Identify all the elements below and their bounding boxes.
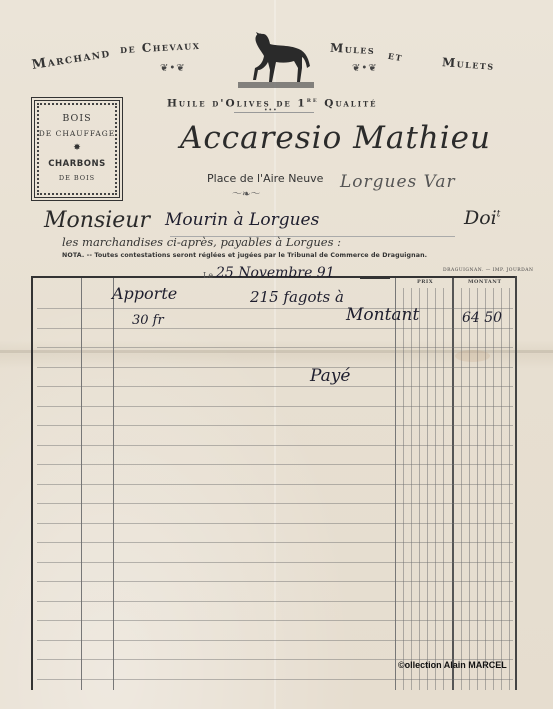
total-amount: 64 50	[462, 310, 502, 326]
trade-et: et	[387, 49, 404, 64]
montant-fine-rule	[501, 288, 502, 690]
ledger-row-rule	[37, 581, 513, 582]
box-de-bois: DE BOIS	[35, 174, 119, 182]
prix-fine-rule	[427, 288, 428, 690]
ledger-left-border	[31, 276, 33, 690]
box-charbons: CHARBONS	[35, 159, 119, 169]
ornament-right: ❦•❦	[352, 63, 378, 74]
entry-description: Apporte	[112, 284, 177, 303]
entry-unit-price: 30 fr	[132, 313, 164, 328]
ledger-row-rule	[37, 386, 513, 387]
ledger-row-rule	[37, 679, 513, 680]
invoice-document: Marchand de Chevaux ❦•❦ Mules et Mulets …	[0, 0, 553, 709]
doit-sup: t	[497, 210, 501, 220]
trade-de-chevaux: de Chevaux	[120, 38, 201, 56]
box-chauffage: DE CHAUFFAGE	[35, 129, 119, 138]
star-ornament-icon: ✸	[35, 143, 119, 153]
ledger-row-rule	[37, 425, 513, 426]
olive-oil-quality: Qualité	[319, 98, 378, 110]
date-prefix: Le	[203, 271, 213, 280]
doit-text: Doi	[464, 207, 497, 229]
ledger-right-border	[515, 276, 517, 690]
montant-fine-rule	[461, 288, 462, 690]
flourish-ornament-icon: 〜❧〜	[232, 185, 260, 200]
paid-mark: Payé	[310, 366, 350, 386]
prix-fine-rule	[411, 288, 412, 690]
printer-imprint: DRAGUIGNAN. — IMP. JOURDAN	[443, 268, 533, 273]
column-header-prix: PRIX	[417, 279, 433, 285]
nota-clause: NOTA. -- Toutes contestations seront rég…	[62, 252, 427, 259]
montant-fine-rule	[493, 288, 494, 690]
ledger-row-rule	[37, 640, 513, 641]
merchant-town: Lorgues Var	[340, 172, 456, 192]
ornament-left: ❦•❦	[160, 63, 186, 74]
montant-fine-rule	[509, 288, 510, 690]
entry-detail: 215 fagots à	[250, 288, 344, 306]
ledger-row-rule	[37, 523, 513, 524]
trade-mules: Mules	[330, 41, 376, 57]
date-dash	[360, 278, 390, 279]
client-name-handwritten: Mourin à Lorgues	[165, 210, 319, 230]
merchant-name: Accaresio Mathieu	[180, 120, 491, 156]
ledger-row-rule	[37, 328, 513, 329]
olive-oil-text: Huile d'Olives de 1	[167, 98, 307, 110]
ledger-row-rule	[37, 367, 513, 368]
total-label: Montant	[346, 305, 419, 325]
ledger-row-rule	[37, 347, 513, 348]
ledger-row-rule	[37, 406, 513, 407]
prix-fine-rule	[403, 288, 404, 690]
framed-box-wood-charcoal: BOIS DE CHAUFFAGE ✸ CHARBONS DE BOIS	[31, 97, 123, 201]
box-bois: BOIS	[35, 113, 119, 124]
ledger-row-rule	[37, 308, 513, 309]
olive-oil-sup: re	[307, 95, 319, 104]
montant-fine-rule	[477, 288, 478, 690]
ledger-row-rule	[37, 562, 513, 563]
goods-line: les marchandises ci-après, payables à Lo…	[62, 235, 341, 249]
ledger-row-rule	[37, 620, 513, 621]
ledger-row-rule	[37, 445, 513, 446]
date-handwritten: 25 Novembre 91	[216, 265, 335, 281]
paper-stain	[455, 350, 490, 362]
ledger-row-rule	[37, 601, 513, 602]
horse-icon	[236, 28, 316, 94]
separator-dots: •••	[264, 107, 278, 114]
ledger-row-rule	[37, 542, 513, 543]
ledger-row-rule	[37, 464, 513, 465]
trade-marchand: Marchand	[31, 46, 112, 73]
salutation: Monsieur	[44, 208, 150, 233]
prix-fine-rule	[443, 288, 444, 690]
ledger-table: PRIX MONTANT	[31, 276, 517, 690]
merchant-address: Place de l'Aire Neuve	[207, 172, 323, 185]
trade-mulets: Mulets	[442, 55, 496, 73]
doit-label: Doit	[464, 207, 500, 229]
ledger-row-rule	[37, 503, 513, 504]
prix-fine-rule	[419, 288, 420, 690]
column-header-montant: MONTANT	[468, 279, 502, 285]
montant-fine-rule	[485, 288, 486, 690]
prix-fine-rule	[435, 288, 436, 690]
copyright-watermark: ©ollection Alain MARCEL	[398, 660, 507, 670]
ledger-row-rule	[37, 484, 513, 485]
montant-fine-rule	[469, 288, 470, 690]
